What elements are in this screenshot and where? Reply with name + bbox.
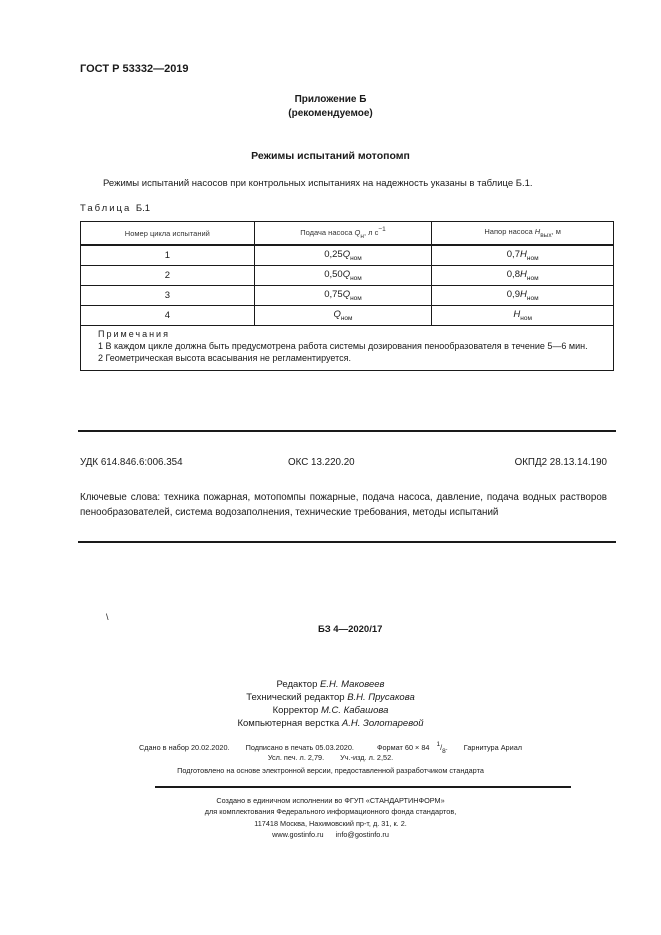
flow-cell: 0,25Qном [254,245,432,266]
flow-cell: 0,50Qном [254,266,432,286]
divider-bottom [78,541,616,543]
divider-top [78,430,616,432]
header-head-label: Напор насоса [484,227,534,236]
table-notes-row: Примечания 1 В каждом цикле должна быть … [81,326,614,371]
oks-code: ОКС 13.220.20 [288,457,355,468]
intro-paragraph: Режимы испытаний насосов при контрольных… [103,178,533,189]
credit-tech-editor: Технический редактор В.Н. Прусакова [0,691,661,704]
note-item: 1 В каждом цикле должна быть предусмотре… [84,340,607,352]
section-title: Режимы испытаний мотопомп [0,150,661,162]
print-details-line2: Усл. печ. л. 2,79. Уч.-изд. л. 2,52. [0,753,661,762]
cycle-cell: 2 [81,266,255,286]
header-pump-head: Напор насоса Hвых, м [432,222,614,246]
table-caption-label: Таблица [80,203,131,214]
table-row: 4 Qном Hном [81,306,614,326]
table-row: 2 0,50Qном 0,8Hном [81,266,614,286]
prepared-note: Подготовлено на основе электронной верси… [0,766,661,775]
head-cell: 0,9Hном [432,286,614,306]
head-cell: 0,7Hном [432,245,614,266]
cycle-cell: 4 [81,306,255,326]
paper-format: Формат 60 × 841/8. [370,743,448,752]
flow-cell: Qном [254,306,432,326]
publisher-contacts: www.gostinfo.ru info@gostinfo.ru [0,829,661,840]
table-notes: Примечания 1 В каждом цикле должна быть … [81,326,614,371]
table-header-row: Номер цикла испытаний Подача насоса Qн, … [81,222,614,246]
head-cell: 0,8Hном [432,266,614,286]
cycle-cell: 1 [81,245,255,266]
header-head-sub: вых [540,232,551,239]
email-link[interactable]: info@gostinfo.ru [336,830,389,839]
publisher-line: Создано в единичном исполнении во ФГУП «… [0,795,661,806]
header-flow-label: Подача насоса [300,228,354,237]
bz-number: БЗ 4—2020/17 [318,624,382,635]
header-pump-flow: Подача насоса Qн, л с−1 [254,222,432,246]
publisher-info: Создано в единичном исполнении во ФГУП «… [0,795,661,840]
okpd-code: ОКПД2 28.13.14.190 [515,457,607,468]
stray-mark: \ [106,612,109,622]
table-caption: Таблица Б.1 [80,203,150,214]
header-head-unit: , м [552,227,561,236]
notes-heading: Примечания [84,328,607,340]
print-sheets: Усл. печ. л. 2,79. [268,753,324,762]
header-flow-sup: −1 [378,226,385,233]
editorial-credits: Редактор Е.Н. Маковеев Технический редак… [0,678,661,730]
appendix-subtitle: (рекомендуемое) [0,108,661,119]
header-cycle-number: Номер цикла испытаний [81,222,255,246]
credit-editor: Редактор Е.Н. Маковеев [0,678,661,691]
test-modes-table: Номер цикла испытаний Подача насоса Qн, … [80,221,614,371]
document-code: ГОСТ Р 53332—2019 [80,63,189,75]
table-caption-number: Б.1 [136,203,150,214]
note-item: 2 Геометрическая высота всасывания не ре… [84,352,607,364]
divider-imprint [155,786,571,788]
table-row: 1 0,25Qном 0,7Hном [81,245,614,266]
publisher-sheets: Уч.-изд. л. 2,52. [340,753,393,762]
udk-code: УДК 614.846.6:006.354 [80,457,183,468]
website-link[interactable]: www.gostinfo.ru [272,830,324,839]
keywords: Ключевые слова: техника пожарная, мотопо… [80,491,607,520]
appendix-title: Приложение Б [0,94,661,105]
publisher-line: 117418 Москва, Нахимовский пр-т, д. 31, … [0,818,661,829]
head-cell: Hном [432,306,614,326]
table-row: 3 0,75Qном 0,9Hном [81,286,614,306]
signed-date: Подписано в печать 05.03.2020. [246,743,354,752]
cycle-cell: 3 [81,286,255,306]
header-flow-unit: , л с [364,228,378,237]
credit-proofreader: Корректор М.С. Кабашова [0,704,661,717]
credit-layout: Компьютерная верстка А.Н. Золотаревой [0,717,661,730]
publisher-line: для комплектования Федерального информац… [0,806,661,817]
typeset-date: Сдано в набор 20.02.2020. [139,743,230,752]
typeface: Гарнитура Ариал [464,743,522,752]
flow-cell: 0,75Qном [254,286,432,306]
